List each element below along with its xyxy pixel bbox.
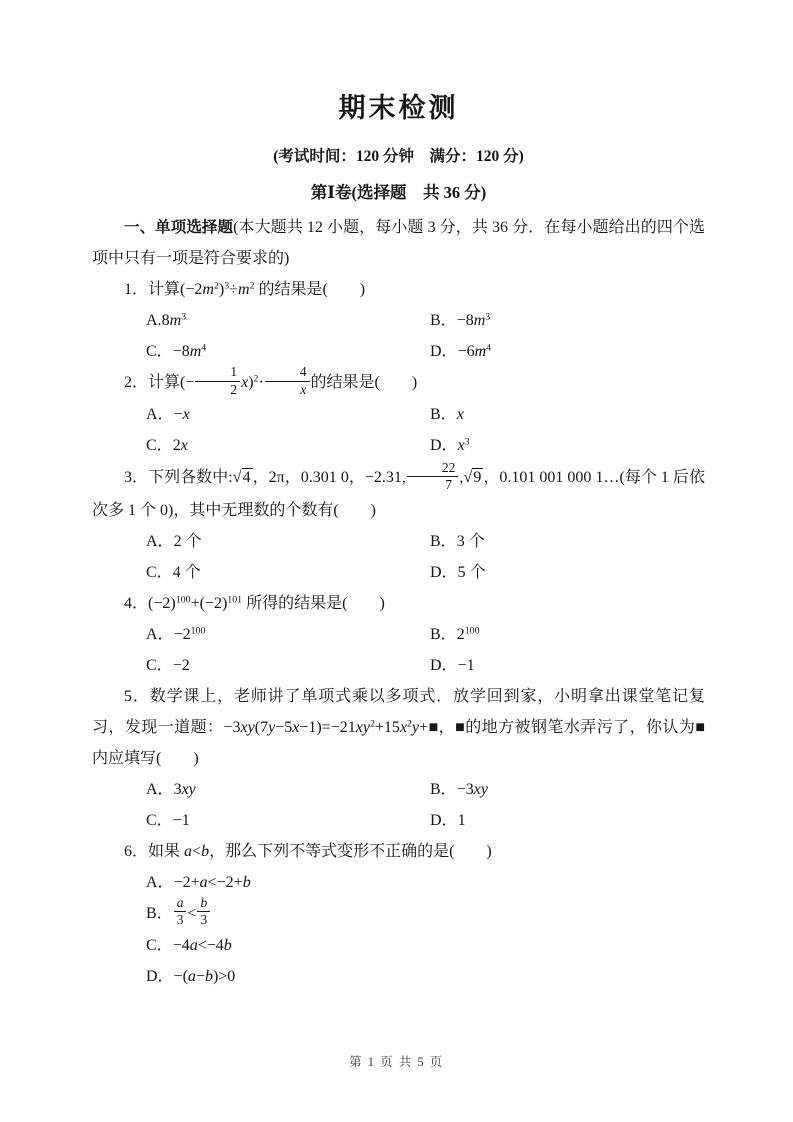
question-stem: 5．数学课上，老师讲了单项式乘以多项式．放学回到家，小明拿出课堂笔记复习，发现一… [92, 681, 705, 774]
option-value: x [457, 406, 464, 423]
section-header: 第Ⅰ卷(选择题 共 36 分) [92, 179, 705, 203]
option-value: −6m4 [458, 343, 492, 360]
question-stem-text: 数学课上，老师讲了单项式乘以多项式．放学回到家，小明拿出课堂笔记复习，发现一道题… [92, 688, 705, 767]
option-label: D． [430, 343, 458, 360]
option-label: C． [146, 437, 173, 454]
option: B．−8m3 [430, 305, 705, 336]
part-heading-label: 一、单项选择题 [124, 219, 233, 236]
questions-list: 1．计算(−2m2)3÷m2 的结果是( )A.8m3B．−8m3C．−8m4D… [92, 274, 705, 992]
option-value: −(a−b)>0 [174, 968, 236, 985]
option: C．−8m4 [146, 336, 430, 367]
option: A．−x [146, 399, 430, 430]
option-value: −8m3 [457, 312, 491, 329]
question: 3．下列各数中:√4，2π，0.301 0，−2.31,227,√9，0.101… [92, 461, 705, 587]
option: B．x [430, 399, 705, 430]
options-grid: A．−xB．xC．2xD．x3 [146, 399, 705, 461]
question-number: 5． [124, 688, 150, 705]
option-value: 1 [458, 812, 466, 829]
option-value: −x [174, 406, 190, 423]
option: D．1 [430, 805, 705, 836]
question-stem: 3．下列各数中:√4，2π，0.301 0，−2.31,227,√9，0.101… [92, 461, 705, 525]
question-stem: 4．(−2)100+(−2)101 所得的结果是( ) [92, 588, 705, 619]
options-grid: A.8m3B．−8m3C．−8m4D．−6m4 [146, 305, 705, 367]
option: B．a3<b3 [146, 898, 705, 930]
page-content: 期末检测 (考试时间：120 分钟 满分：120 分) 第Ⅰ卷(选择题 共 36… [0, 0, 793, 992]
option: A．2 个 [146, 526, 430, 557]
option-value: 2x [173, 437, 188, 454]
option: A．−2+a<−2+b [146, 867, 705, 898]
options-grid: A．−2100B．2100C．−2D．−1 [146, 619, 705, 681]
option-value: 5 个 [458, 564, 486, 581]
option: C．−1 [146, 805, 430, 836]
question-number: 4． [124, 595, 148, 612]
option-label: A． [146, 406, 174, 423]
option-value: −2 [173, 657, 190, 674]
option: A．−2100 [146, 619, 430, 650]
question-number: 2． [124, 374, 148, 391]
question: 6．如果 a<b，那么下列不等式变形不正确的是( )A．−2+a<−2+bB．a… [92, 836, 705, 992]
option: D．−(a−b)>0 [146, 961, 705, 992]
option: D．−1 [430, 650, 705, 681]
option-label: B． [430, 781, 457, 798]
question-stem-text: 下列各数中:√4，2π，0.301 0，−2.31,227,√9，0.101 0… [92, 469, 705, 518]
option: B．3 个 [430, 526, 705, 557]
option: C．−4a<−4b [146, 930, 705, 961]
question: 2．计算(−12x)2·4x的结果是( )A．−xB．xC．2xD．x3 [92, 367, 705, 461]
question-stem: 1．计算(−2m2)3÷m2 的结果是( ) [92, 274, 705, 305]
question-stem-text: 如果 a<b，那么下列不等式变形不正确的是( ) [148, 843, 492, 860]
option-label: B． [430, 312, 457, 329]
question-number: 1． [124, 281, 148, 298]
exam-page: 期末检测 (考试时间：120 分钟 满分：120 分) 第Ⅰ卷(选择题 共 36… [0, 0, 793, 1122]
question-stem-text: 计算(−2m2)3÷m2 的结果是( ) [148, 281, 365, 298]
option: D．−6m4 [430, 336, 705, 367]
option: D．5 个 [430, 557, 705, 588]
option-value: −2+a<−2+b [174, 874, 251, 891]
question-number: 3． [124, 469, 148, 486]
option: A.8m3 [146, 305, 430, 336]
page-footer: 第 1 页 共 5 页 [0, 1052, 793, 1070]
option-label: D． [430, 564, 458, 581]
option: B．2100 [430, 619, 705, 650]
option: C．2x [146, 430, 430, 461]
option: A．3xy [146, 774, 430, 805]
option-value: −8m4 [173, 343, 207, 360]
question-number: 6． [124, 843, 148, 860]
option-value: 3xy [174, 781, 196, 798]
option-value: −3xy [457, 781, 488, 798]
option-label: C． [146, 564, 173, 581]
option-label: C． [146, 937, 173, 954]
options-grid: A．−2+a<−2+bB．a3<b3C．−4a<−4bD．−(a−b)>0 [146, 867, 705, 992]
option-value: 8m3 [162, 312, 187, 329]
option-value: 3 个 [457, 533, 485, 550]
part-heading: 一、单项选择题(本大题共 12 小题，每小题 3 分，共 36 分．在每小题给出… [92, 212, 705, 274]
option-value: 4 个 [173, 564, 201, 581]
option-label: C． [146, 812, 173, 829]
option-label: A. [146, 312, 162, 329]
option-value: 2 个 [174, 533, 202, 550]
option: B．−3xy [430, 774, 705, 805]
question-stem-text: (−2)100+(−2)101 所得的结果是( ) [148, 595, 385, 612]
option-label: C． [146, 343, 173, 360]
option-value: 2100 [457, 626, 480, 643]
option-label: D． [430, 812, 458, 829]
exam-info: (考试时间：120 分钟 满分：120 分) [92, 144, 705, 166]
option-label: A． [146, 874, 174, 891]
option-label: B． [430, 406, 457, 423]
option-label: C． [146, 657, 173, 674]
question-stem: 2．计算(−12x)2·4x的结果是( ) [92, 367, 705, 399]
option-label: B． [146, 905, 173, 922]
option-label: B． [430, 626, 457, 643]
question: 4．(−2)100+(−2)101 所得的结果是( )A．−2100B．2100… [92, 588, 705, 681]
option-label: D． [146, 968, 174, 985]
option-value: a3<b3 [173, 905, 211, 922]
question-stem-text: 计算(−12x)2·4x的结果是( ) [148, 374, 417, 391]
options-grid: A．3xyB．−3xyC．−1D．1 [146, 774, 705, 836]
option-label: A． [146, 626, 174, 643]
question-stem: 6．如果 a<b，那么下列不等式变形不正确的是( ) [92, 836, 705, 867]
page-title: 期末检测 [92, 86, 705, 125]
option-label: B． [430, 533, 457, 550]
option-label: D． [430, 437, 458, 454]
option-label: A． [146, 533, 174, 550]
option-value: −2100 [174, 626, 206, 643]
question: 5．数学课上，老师讲了单项式乘以多项式．放学回到家，小明拿出课堂笔记复习，发现一… [92, 681, 705, 836]
option-value: −1 [173, 812, 190, 829]
option-label: D． [430, 657, 458, 674]
option-label: A． [146, 781, 174, 798]
option-value: −1 [458, 657, 475, 674]
option: C．−2 [146, 650, 430, 681]
option: C．4 个 [146, 557, 430, 588]
question: 1．计算(−2m2)3÷m2 的结果是( )A.8m3B．−8m3C．−8m4D… [92, 274, 705, 367]
option-value: −4a<−4b [173, 937, 232, 954]
option: D．x3 [430, 430, 705, 461]
options-grid: A．2 个B．3 个C．4 个D．5 个 [146, 526, 705, 588]
option-value: x3 [458, 437, 470, 454]
